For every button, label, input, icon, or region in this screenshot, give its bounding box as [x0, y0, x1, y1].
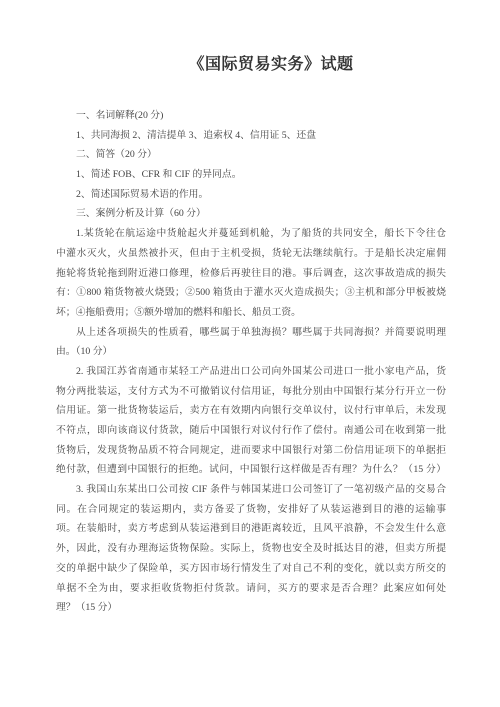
heading-line: 三、案例分析及计算（60 分）	[56, 204, 446, 224]
document-body: 一、名词解释(20 分)1、共同海损 2、清洁提单 3、追索权 4、信用证 5、…	[56, 106, 446, 618]
paragraph-line: 3. 我国山东某出口公司按 CIF 条件与韩国某进口公司签订了一笔初级产品的交易…	[56, 480, 446, 500]
paragraph-line: 货物后，发现货物品质不符合同规定，进而要求中国银行对第二份信用证项下的单据拒	[56, 441, 446, 461]
paragraph-line: 1.某货轮在航运途中货舱起火并蔓延到机舱，为了船货的共同安全，船长下令往仓	[56, 224, 446, 244]
paragraph-line: 项。在装船时，卖方考虑到从装运港到目的港距离较近，且风平浪静，不会发生什么意	[56, 519, 446, 539]
paragraph-line: 2. 我国江苏省南通市某轻工产品进出口公司向外国某公司进口一批小家电产品，货	[56, 362, 446, 382]
heading-line: 二、简答（20 分）	[56, 145, 446, 165]
heading-line: 一、名词解释(20 分)	[56, 106, 446, 126]
paragraph-line: 不符点，即向该商议付货款，随后中国银行对议付行作了偿付。南通公司在收到第一批	[56, 421, 446, 441]
paragraph-line: 单据不全为由，要求拒收货物拒付货款。请问，买方的要求是否合理？此案应如何处	[56, 579, 446, 599]
paragraph-line: 中灌水灭火，火虽然被扑灭，但由于主机受损，货轮无法继续航行。于是船长决定雇佣	[56, 244, 446, 264]
paragraph-line: 坏；④拖船费用；⑤额外增加的燃料和船长、船员工资。	[56, 303, 446, 323]
paragraph-line: 外，因此，没有办理海运货物保险。实际上，货物也安全及时抵达目的港，但卖方所提	[56, 539, 446, 559]
paragraph-line: 物分两批装运，支付方式为不可撤销议付信用证，每批分别由中国银行某分行开立一份	[56, 382, 446, 402]
paragraph-line: 绝付款，但遭到中国银行的拒绝。试问，中国银行这样做是否有理？为什么？（15 分）	[56, 460, 446, 480]
paragraph-line: 理？（15 分）	[56, 598, 446, 618]
heading-line: 1、共同海损 2、清洁提单 3、追索权 4、信用证 5、还盘	[56, 126, 446, 146]
heading-line: 1、简述 FOB、CFR 和 CIF 的异同点。	[56, 165, 446, 185]
exam-page: 《国际贸易实务》试题 一、名词解释(20 分)1、共同海损 2、清洁提单 3、追…	[0, 0, 500, 707]
paragraph-line: 有：①800 箱货物被火烧毁；②500 箱货由于灌水灭火造成损失；③主机和部分甲…	[56, 283, 446, 303]
paragraph-line: 从上述各项损失的性质看，哪些属于单独海损？哪些属于共同海损？并简要说明理	[56, 323, 446, 343]
heading-line: 2、简述国际贸易术语的作用。	[56, 185, 446, 205]
page-title: 《国际贸易实务》试题	[21, 0, 500, 76]
paragraph-line: 由。（10 分）	[56, 342, 446, 362]
paragraph-line: 信用证。第一批货物装运后，卖方在有效期内向银行交单议付，议付行审单后，未发现	[56, 401, 446, 421]
paragraph-line: 交的单据中缺少了保险单，买方因市场行情发生了对自己不利的变化，就以卖方所交的	[56, 559, 446, 579]
paragraph-line: 同。在合同规定的装运期内，卖方备妥了货物，安排好了从装运港到目的港的运输事	[56, 500, 446, 520]
paragraph-line: 拖轮将货轮拖到附近港口修理，检修后再驶往目的港。事后调查，这次事故造成的损失	[56, 264, 446, 284]
